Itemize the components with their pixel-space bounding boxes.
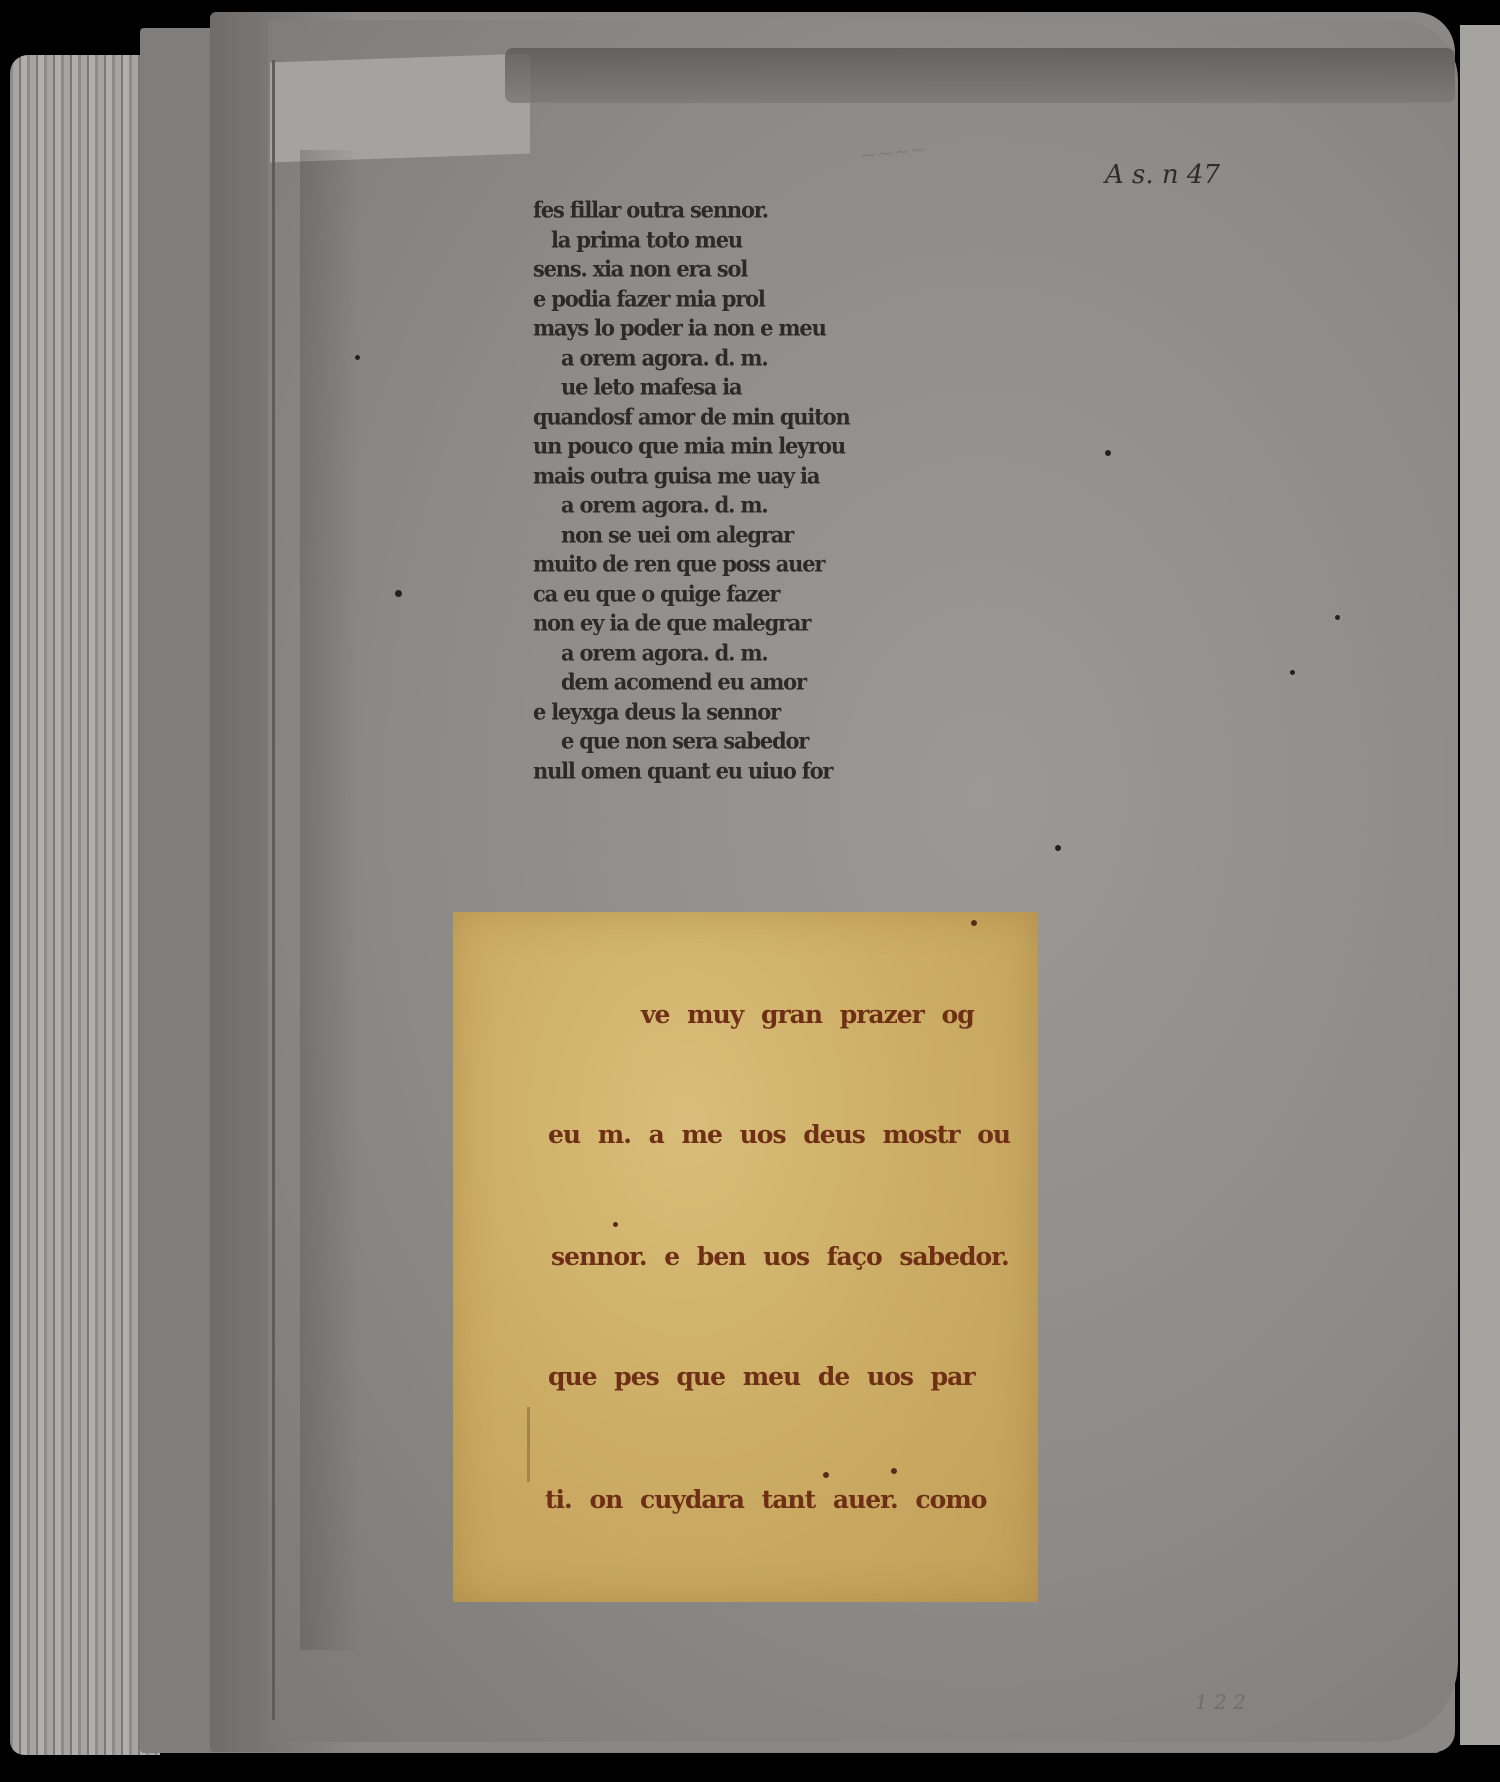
text-line: mays lo poder ia non e meu: [533, 312, 953, 343]
text-line: sens. xia non era sol: [533, 253, 953, 284]
text-line: dem acomend eu amor: [533, 666, 953, 697]
inset-line: eu m. a me uos deus mostr ou: [548, 1120, 1010, 1149]
stain-dot: [1055, 845, 1061, 851]
text-line: un pouco que mia min leyrou: [533, 430, 953, 461]
text-line: non ey ia de que malegrar: [533, 607, 953, 638]
text-line: e leyxga deus la sennor: [533, 696, 953, 727]
inset-line: ve muy gran prazer og: [641, 1000, 974, 1029]
text-line: non se uei om alegrar: [533, 519, 953, 550]
stain-dot: [355, 355, 360, 360]
text-line: quandosf amor de min quiton: [533, 401, 953, 432]
shelfmark: A s. n 47: [1105, 160, 1220, 190]
ink-dot: [613, 1222, 618, 1227]
text-line: fes fillar outra sennor.: [533, 194, 953, 225]
ink-dot: [823, 1472, 829, 1478]
inset-line: que pes que meu de uos par: [548, 1362, 975, 1391]
text-line: mais outra guisa me uay ia: [533, 460, 953, 491]
color-inset-detail: ve muy gran prazer og eu m. a me uos deu…: [453, 912, 1038, 1602]
stain-dot: [1335, 615, 1340, 620]
main-text-block: fes fillar outra sennor. la prima toto m…: [533, 195, 953, 785]
ink-dot: [971, 920, 977, 926]
refrain-line: a orem agora. d. m.: [533, 637, 953, 668]
stain-dot: [1105, 450, 1111, 456]
text-line: la prima toto meu: [533, 224, 953, 255]
ink-dot: [891, 1468, 897, 1474]
inset-line: ti. on cuydara tant auer. como: [545, 1485, 986, 1514]
top-stain: [505, 48, 1455, 103]
folio-number: 1 2 2: [1195, 1690, 1246, 1714]
text-line: e podia fazer mia prol: [533, 283, 953, 314]
ruling-mark: [527, 1407, 530, 1482]
book-block-edges: [10, 55, 160, 1755]
gutter-shadow: [300, 150, 360, 1650]
inset-line: sennor. e ben uos faço sabedor.: [551, 1242, 1009, 1271]
stain-dot: [395, 590, 402, 597]
text-line: ue leto mafesa ia: [533, 371, 953, 402]
stain-dot: [1290, 670, 1295, 675]
facing-page-edge: [1460, 25, 1500, 1745]
refrain-line: a orem agora. d. m.: [533, 342, 953, 373]
page-edge-line: [272, 60, 275, 1720]
text-line: ca eu que o quige fazer: [533, 578, 953, 609]
text-line: null omen quant eu uiuo for: [533, 755, 953, 786]
text-line: e que non sera sabedor: [533, 725, 953, 756]
refrain-line: a orem agora. d. m.: [533, 489, 953, 520]
text-line: muito de ren que poss auer: [533, 548, 953, 579]
page-flap: [270, 53, 530, 162]
